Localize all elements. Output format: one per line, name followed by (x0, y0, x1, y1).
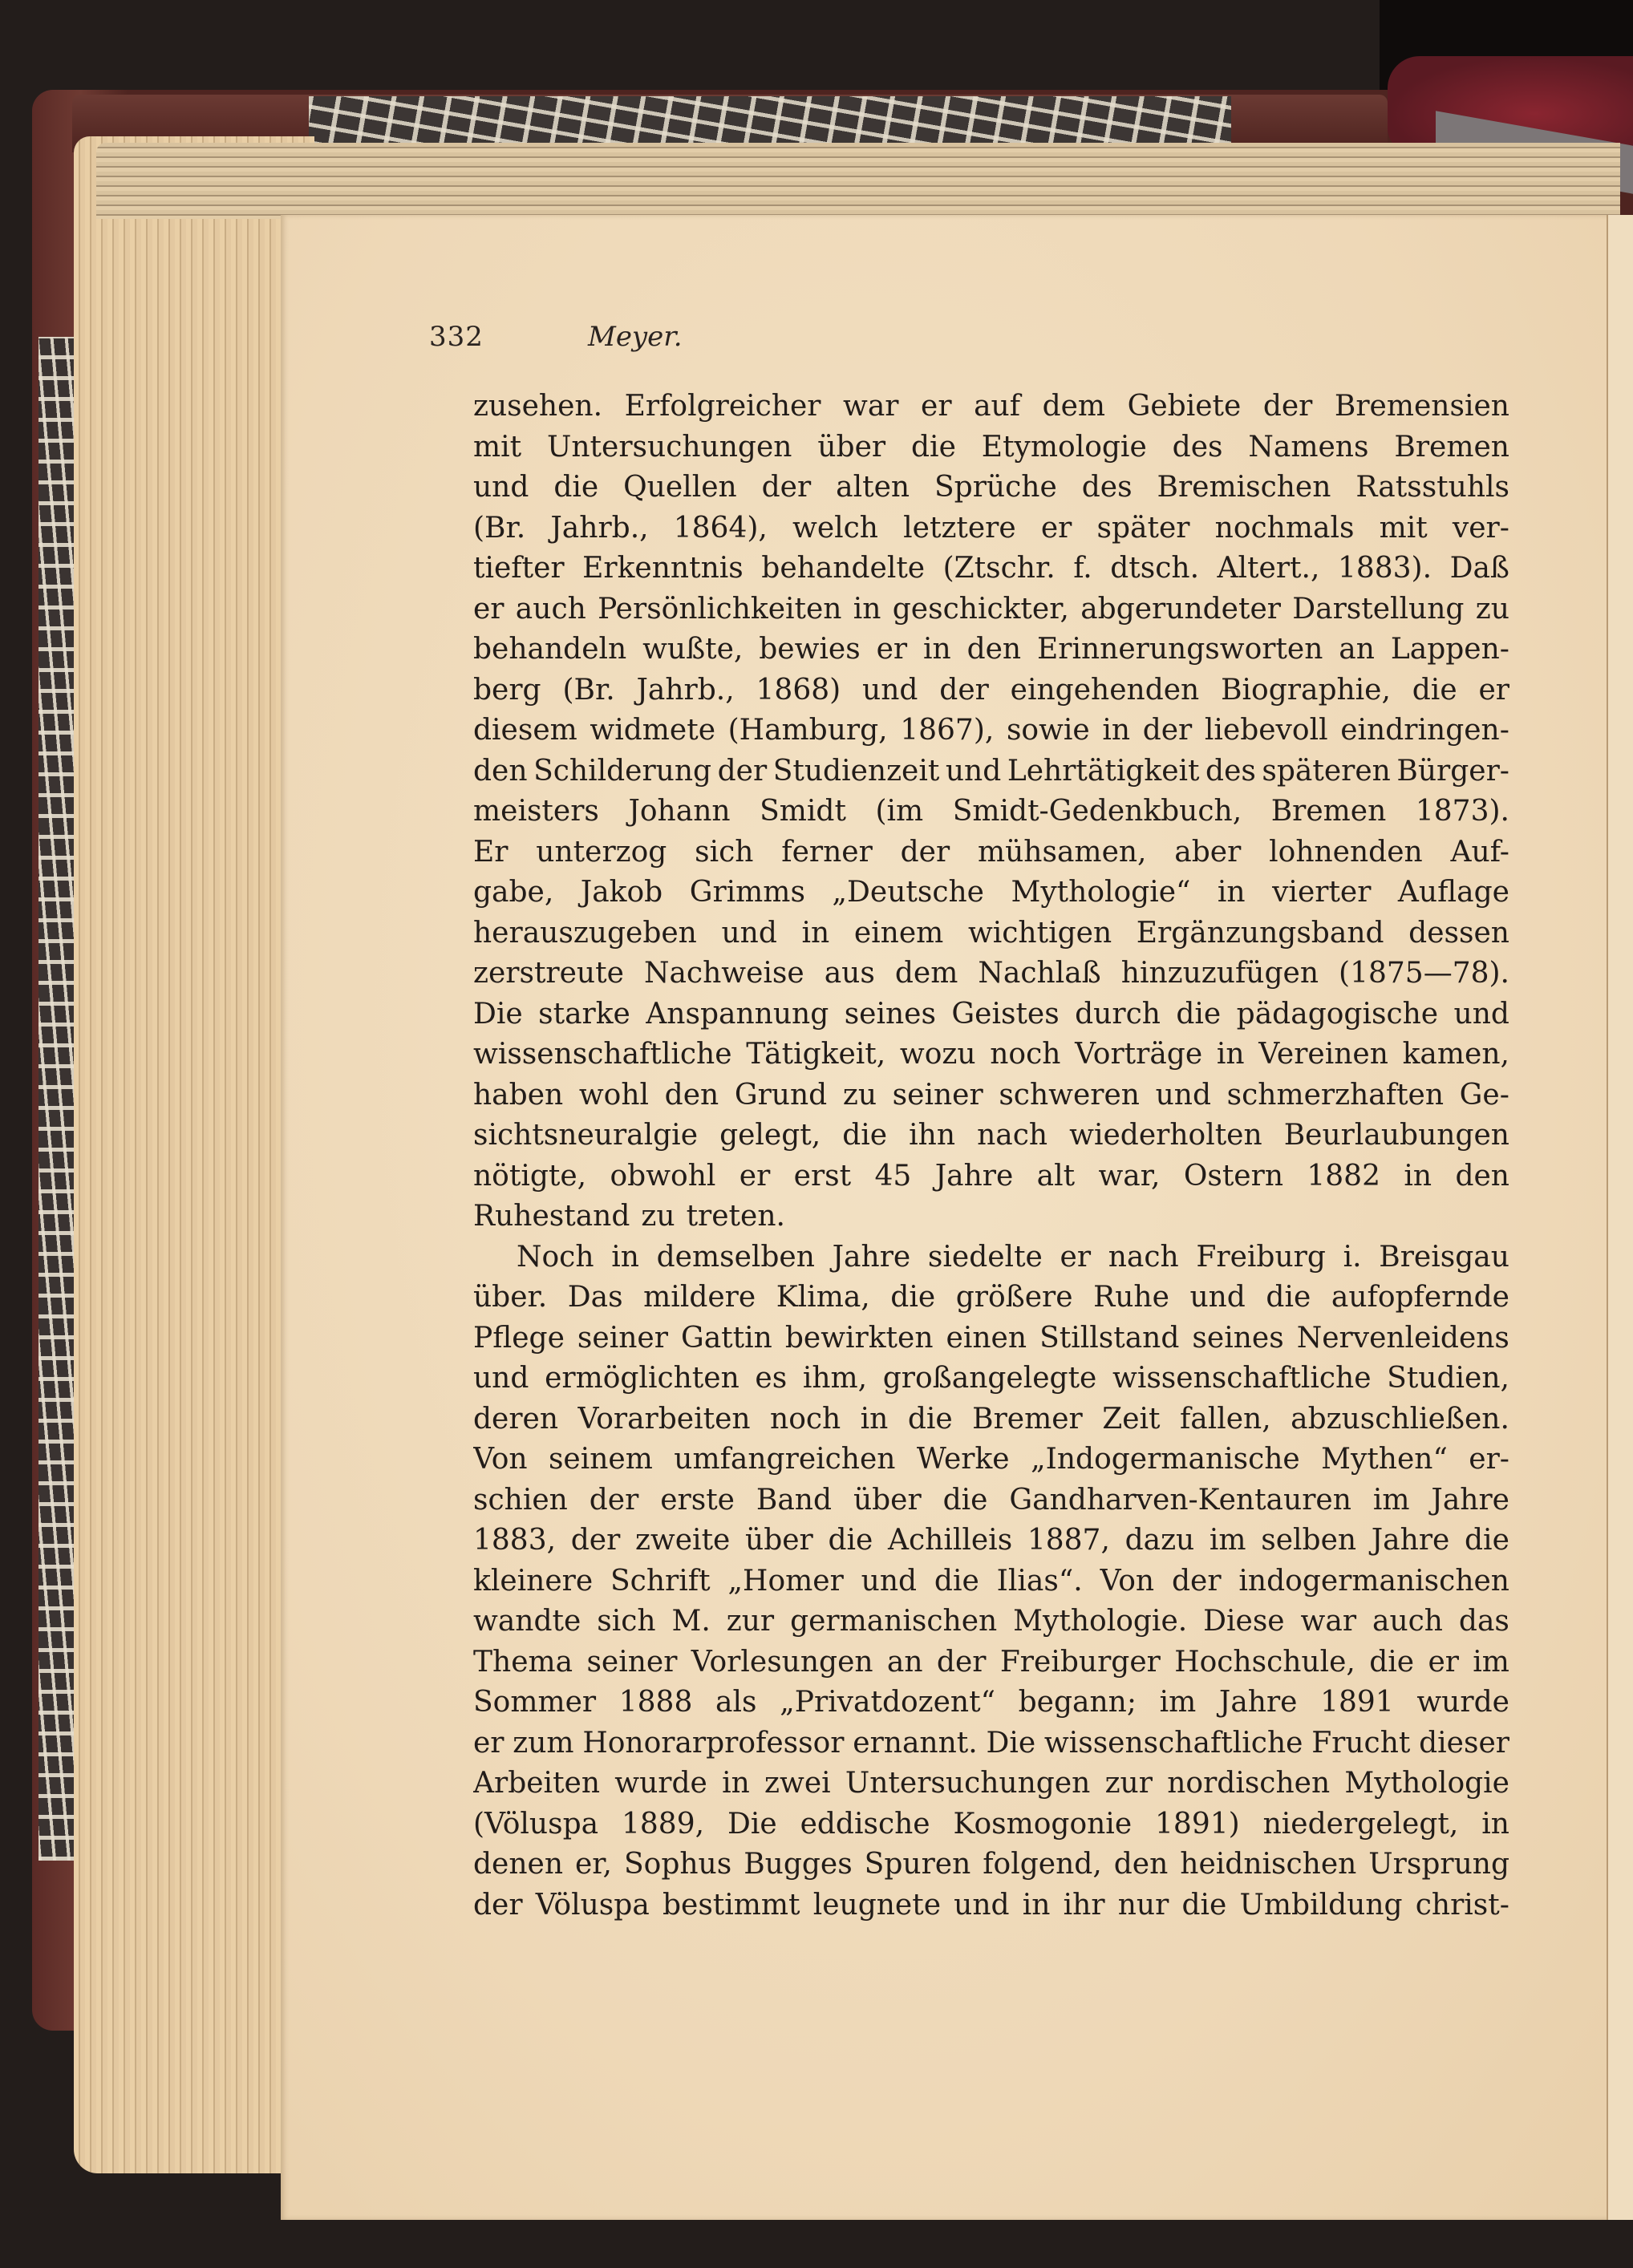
word: bewirkten (785, 1318, 934, 1359)
word: M. (672, 1602, 711, 1642)
word: Mythologie (1344, 1764, 1509, 1804)
word: wurde (614, 1764, 707, 1804)
word: in (1218, 873, 1246, 913)
word: die (1176, 994, 1221, 1035)
word: abzuschließen. (1291, 1399, 1509, 1440)
word: Stillstand (1039, 1318, 1179, 1359)
word: diesem (473, 711, 577, 751)
word: eingehenden (1011, 670, 1200, 711)
word: 1867), (900, 711, 994, 751)
text-line: Erunterzogsichfernerdermühsamen,aberlohn… (473, 832, 1509, 873)
word: geschickter, (893, 589, 1069, 630)
word: späteren (1262, 751, 1390, 792)
word: der (939, 670, 989, 711)
word: niedergelegt, (1263, 1804, 1459, 1845)
word: wußte, (642, 630, 743, 670)
word: Gandharven-Kentauren (1009, 1480, 1351, 1521)
word: Band (756, 1480, 832, 1521)
word: die (553, 468, 598, 508)
word: f. (1073, 549, 1092, 589)
word: zusehen. (473, 387, 602, 427)
word: Mythen“ (1321, 1440, 1448, 1480)
word: noch (990, 1035, 1060, 1075)
word: in (1102, 711, 1130, 751)
word: Jahrb., (550, 508, 648, 549)
word: an (1339, 630, 1375, 670)
word: 1883, (473, 1521, 556, 1561)
word: obwohl (610, 1156, 715, 1197)
word: auch (1372, 1602, 1443, 1642)
word: und (862, 670, 918, 711)
word: er (473, 1723, 504, 1764)
word: Vorlesungen (691, 1642, 873, 1683)
word: und (861, 1561, 917, 1602)
text-line: wissenschaftlicheTätigkeit,wozunochVortr… (473, 1035, 1509, 1075)
text-line: erzumHonorarprofessorernannt.Diewissensc… (473, 1723, 1509, 1764)
word: die (1465, 1521, 1509, 1561)
word: Jahre (1219, 1683, 1298, 1723)
word: Grund (735, 1075, 827, 1116)
word: Altert., (1218, 549, 1320, 589)
word: und (946, 751, 1001, 792)
word: Sophus (624, 1845, 731, 1885)
word: behandelte (761, 549, 925, 589)
word: Lehrtätigkeit (1007, 751, 1200, 792)
word: welch (792, 508, 878, 549)
word: wissenschaftliche (1044, 1723, 1303, 1764)
word: seines (845, 994, 936, 1035)
text-line: (Br.Jahrb.,1864),welchletztereerspäterno… (473, 508, 1509, 549)
text-line: NochindemselbenJahresiedelteernachFreibu… (473, 1237, 1509, 1278)
word: Auflage (1398, 873, 1509, 913)
word: (1875—78). (1339, 954, 1509, 994)
word: Geistes (951, 994, 1059, 1035)
word: 1883). (1338, 549, 1432, 589)
word: Umbildung (1240, 1885, 1403, 1926)
word: kamen, (1403, 1035, 1509, 1075)
word: über (853, 1480, 922, 1521)
word: mühsamen, (978, 832, 1147, 873)
word: Smidt (760, 792, 846, 832)
word: der (937, 1642, 987, 1683)
text-line: über.DasmildereKlima,diegrößereRuheunddi… (473, 1278, 1509, 1318)
text-line: zerstreuteNachweiseausdemNachlaßhinzuzuf… (473, 954, 1509, 994)
word: zu (1476, 589, 1509, 630)
text-line: derVöluspabestimmtleugneteundinihrnurdie… (473, 1885, 1509, 1926)
word: im (1160, 1683, 1197, 1723)
word: Gebiete (1128, 387, 1242, 427)
word: zur (1105, 1764, 1153, 1804)
word: er (473, 589, 504, 630)
word: demselben (657, 1237, 815, 1278)
word: sich (597, 1602, 655, 1642)
word: Untersuchungen (845, 1764, 1090, 1804)
text-line: gabe,JakobGrimms„DeutscheMythologie“invi… (473, 873, 1509, 913)
running-head: Meyer. (588, 321, 683, 353)
word: nach (1108, 1237, 1179, 1278)
word: Werke (917, 1440, 1010, 1480)
word: Ursprung (1368, 1845, 1509, 1885)
word: „Privatdozent“ (780, 1683, 995, 1723)
word: Darstellung (1292, 589, 1464, 630)
word: 1891) (1155, 1804, 1240, 1845)
word: dtsch. (1110, 549, 1199, 589)
word: meisters (473, 792, 599, 832)
word: Er (473, 832, 509, 873)
word: in (1217, 1035, 1245, 1075)
word: die (911, 427, 956, 468)
text-line: unddieQuellenderaltenSprüchedesBremische… (473, 468, 1509, 508)
word: das (1459, 1602, 1509, 1642)
text-line: habenwohldenGrundzuseinerschwerenundschm… (473, 1075, 1509, 1116)
text-line: kleinereSchrift„HomerunddieIlias“.Vonder… (473, 1561, 1509, 1602)
text-line: VonseinemumfangreichenWerke„Indogermanis… (473, 1440, 1509, 1480)
word: die (908, 1399, 953, 1440)
text-line: mitUntersuchungenüberdieEtymologiedesNam… (473, 427, 1509, 468)
word: der (473, 1885, 523, 1926)
word: über (745, 1521, 813, 1561)
word: zerstreute (473, 954, 624, 994)
word: auf (974, 387, 1020, 427)
word: Die (727, 1804, 777, 1845)
word: eddische (800, 1804, 930, 1845)
word: 1868) (756, 670, 841, 711)
word: Sommer (473, 1683, 596, 1723)
word: war, (1098, 1156, 1160, 1197)
word: ernannt. (853, 1723, 977, 1764)
word: Bürger- (1396, 751, 1509, 792)
text-line: denSchilderungderStudienzeitundLehrtätig… (473, 751, 1509, 792)
word: Biographie, (1221, 670, 1391, 711)
word: zur (727, 1602, 774, 1642)
word: Ergänzungsband (1137, 913, 1384, 954)
word: Breisgau (1379, 1237, 1509, 1278)
word: und (954, 1885, 1009, 1926)
word: Erfolgreicher (625, 387, 821, 427)
text-line: herauszugebenundineinemwichtigenErgänzun… (473, 913, 1509, 954)
text-line: zusehen.ErfolgreicherwareraufdemGebieted… (473, 387, 1509, 427)
word: selben (1261, 1521, 1356, 1561)
word: nur (1118, 1885, 1169, 1926)
body-text: zusehen.ErfolgreicherwareraufdemGebieted… (473, 387, 1509, 1926)
word: Lappen- (1391, 630, 1509, 670)
word: Auf- (1451, 832, 1509, 873)
word: und (1189, 1278, 1245, 1318)
word: Quellen (623, 468, 737, 508)
word: er (740, 1156, 771, 1197)
word: Smidt-Gedenkbuch, (953, 792, 1242, 832)
word: Ostern (1184, 1156, 1283, 1197)
word: der (901, 832, 950, 873)
word: Bremer (972, 1399, 1083, 1440)
word: in (722, 1764, 750, 1804)
word: ermöglichten (545, 1359, 740, 1399)
word: umfangreichen (674, 1440, 895, 1480)
word: wandte (473, 1602, 581, 1642)
word: wissenschaftliche (473, 1035, 732, 1075)
text-line: schienderersteBandüberdieGandharven-Kent… (473, 1480, 1509, 1521)
word: den (1455, 1156, 1509, 1197)
page-stack-top (96, 143, 1620, 219)
word: zu (641, 1197, 675, 1237)
word: er (921, 387, 952, 427)
word: der (1143, 711, 1193, 751)
word: bewies (759, 630, 860, 670)
word: ver- (1453, 508, 1509, 549)
word: aber (1174, 832, 1241, 873)
word: Freiburg (1196, 1237, 1326, 1278)
word: Vorträge (1075, 1035, 1202, 1075)
word: tiefter (473, 549, 565, 589)
text-line: meistersJohannSmidt(imSmidt-Gedenkbuch,B… (473, 792, 1509, 832)
word: die (1266, 1278, 1311, 1318)
word: ihm, (803, 1359, 867, 1399)
word: Völuspa (536, 1885, 650, 1926)
word: Die (473, 994, 523, 1035)
word: großangelegte (883, 1359, 1097, 1399)
word: seiner (586, 1642, 677, 1683)
word: die (1369, 1642, 1414, 1683)
word: nötigte, (473, 1156, 586, 1197)
word: und (1454, 994, 1509, 1035)
word: nach (977, 1116, 1047, 1156)
word: zweite (635, 1521, 730, 1561)
page-header: 332 Meyer. (0, 321, 1633, 361)
text-line: denener,SophusBuggesSpurenfolgend,denhei… (473, 1845, 1509, 1885)
word: begann; (1019, 1683, 1137, 1723)
word: Mythologie. (1013, 1602, 1187, 1642)
word: ferner (781, 832, 873, 873)
word: 1891 (1320, 1683, 1394, 1723)
page-number: 332 (429, 321, 484, 353)
word: denen (473, 1845, 563, 1885)
word: 1888 (619, 1683, 693, 1723)
word: Vorarbeiten (578, 1399, 751, 1440)
word: nordischen (1167, 1764, 1330, 1804)
word: Achilleis (888, 1521, 1012, 1561)
word: Tätigkeit, (746, 1035, 885, 1075)
word: Jahre (833, 1237, 911, 1278)
word: Jahre (1372, 1521, 1450, 1561)
word: Nachweise (644, 954, 804, 994)
word: Beurlaubungen (1284, 1116, 1509, 1156)
word: der (718, 751, 768, 792)
word: den (1114, 1845, 1169, 1885)
word: Gattin (681, 1318, 772, 1359)
word: 1873). (1416, 792, 1509, 832)
word: an (887, 1642, 923, 1683)
text-line: berg(Br.Jahrb.,1868)unddereingehendenBio… (473, 670, 1509, 711)
word: Johann (628, 792, 730, 832)
text-line: ArbeitenwurdeinzweiUntersuchungenzurnord… (473, 1764, 1509, 1804)
word: die (1412, 670, 1457, 711)
word: Ruhestand (473, 1197, 630, 1237)
word: haben (473, 1075, 563, 1116)
word: Von (1100, 1561, 1155, 1602)
word: und (721, 913, 776, 954)
word: dem (1043, 387, 1106, 427)
word: wurde (1416, 1683, 1509, 1723)
word: Noch (517, 1237, 594, 1278)
word: in (1481, 1804, 1509, 1845)
word: Schilderung (533, 751, 711, 792)
word: auch (516, 589, 586, 630)
word: Von (473, 1440, 528, 1480)
word: Bugges (744, 1845, 853, 1885)
word: Ge- (1460, 1075, 1509, 1116)
word: mit (1380, 508, 1428, 549)
word: Namens (1248, 427, 1368, 468)
word: in (853, 589, 881, 630)
word: fallen, (1180, 1399, 1271, 1440)
word: und (473, 1359, 529, 1399)
word: „Deutsche (832, 873, 984, 913)
word: Freiburger (1000, 1642, 1161, 1683)
word: in (611, 1237, 639, 1278)
word: Hochschule, (1174, 1642, 1355, 1683)
word: in (861, 1399, 889, 1440)
word: Nachlaß (978, 954, 1100, 994)
word: Das (568, 1278, 623, 1318)
word: indogermanischen (1238, 1561, 1509, 1602)
word: der (1172, 1561, 1222, 1602)
word: sowie (1007, 711, 1090, 751)
word: sich (695, 832, 753, 873)
word: zwei (764, 1764, 831, 1804)
text-line: tiefterErkenntnisbehandelte(Ztschr.f.dts… (473, 549, 1509, 589)
word: bestimmt (663, 1885, 800, 1926)
word: mildere (643, 1278, 756, 1318)
word: des (1206, 751, 1256, 792)
word: Jahre (935, 1156, 1014, 1197)
word: (Hamburg, (728, 711, 888, 751)
word: behandeln (473, 630, 626, 670)
word: seiner (893, 1075, 983, 1116)
word: deren (473, 1399, 558, 1440)
word: 1882 (1307, 1156, 1380, 1197)
word: Arbeiten (473, 1764, 600, 1804)
text-line: undermöglichtenesihm,großangelegtewissen… (473, 1359, 1509, 1399)
word: gelegt, (719, 1116, 821, 1156)
word: Kosmogonie (954, 1804, 1133, 1845)
word: Zeit (1102, 1399, 1160, 1440)
word: mit (473, 427, 521, 468)
word: wozu (900, 1035, 976, 1075)
word: wiederholten (1069, 1116, 1262, 1156)
word: (Br. (562, 670, 614, 711)
word: es (755, 1359, 787, 1399)
word: in (923, 630, 951, 670)
word: wohl (579, 1075, 649, 1116)
word: liebevoll (1205, 711, 1328, 751)
text-line: sichtsneuralgiegelegt,dieihnnachwiederho… (473, 1116, 1509, 1156)
marbled-endpaper-strip (309, 96, 1231, 144)
word: war (843, 387, 899, 427)
word: „Homer (727, 1561, 843, 1602)
word: i. (1343, 1237, 1362, 1278)
word: seines (1192, 1318, 1283, 1359)
word: sichtsneuralgie (473, 1116, 698, 1156)
word: der (571, 1521, 621, 1561)
word: er (1428, 1642, 1459, 1683)
word: größere (956, 1278, 1073, 1318)
page-fold-edge (1607, 215, 1633, 2220)
word: die (1182, 1885, 1227, 1926)
text-line: PflegeseinerGattinbewirkteneinenStillsta… (473, 1318, 1509, 1359)
word: abgerundeter (1080, 589, 1281, 630)
word: Ruhe (1093, 1278, 1169, 1318)
word: seiner (577, 1318, 668, 1359)
word: später (1097, 508, 1190, 549)
text-line: nötigte,obwohlererst45Jahrealtwar,Ostern… (473, 1156, 1509, 1197)
word: und (473, 468, 529, 508)
word: aufopfernde (1331, 1278, 1509, 1318)
word: berg (473, 670, 541, 711)
word: Vereinen (1258, 1035, 1388, 1075)
text-line: diesemwidmete(Hamburg,1867),sowieinderli… (473, 711, 1509, 751)
word: über. (473, 1278, 547, 1318)
word: nochmals (1215, 508, 1355, 549)
text-line: ThemaseinerVorlesungenanderFreiburgerHoc… (473, 1642, 1509, 1683)
word: erste (660, 1480, 735, 1521)
word: widmete (590, 711, 715, 751)
word: er (1478, 670, 1509, 711)
word: er, (575, 1845, 612, 1885)
marbled-spine-edge (38, 337, 79, 1861)
word: Mythologie“ (1011, 873, 1190, 913)
word: und (1156, 1075, 1211, 1116)
word: die (890, 1278, 935, 1318)
word: 1864), (674, 508, 768, 549)
word: im (1210, 1521, 1246, 1561)
word: 1889, (622, 1804, 704, 1845)
word: wichtigen (968, 913, 1112, 954)
word: Jakob (581, 873, 663, 913)
word: schmerzhaften (1227, 1075, 1444, 1116)
word: der (762, 468, 812, 508)
word: 1887, (1027, 1521, 1110, 1561)
word: „Indogermanische (1031, 1440, 1300, 1480)
word: Ilias“. (997, 1561, 1083, 1602)
word: Bremensien (1335, 387, 1509, 427)
word: er (1041, 508, 1072, 549)
word: Bremen (1271, 792, 1387, 832)
word: folgend, (983, 1845, 1102, 1885)
word: ihn (909, 1116, 955, 1156)
word: Anspannung (646, 994, 829, 1035)
word: den (967, 630, 1022, 670)
word: die (934, 1561, 979, 1602)
word: er (1060, 1237, 1092, 1278)
word: christ- (1416, 1885, 1509, 1926)
text-line: DiestarkeAnspannungseinesGeistesdurchdie… (473, 994, 1509, 1035)
text-line: derenVorarbeitennochindieBremerZeitfalle… (473, 1399, 1509, 1440)
word: Daß (1450, 549, 1509, 589)
word: schien (473, 1480, 568, 1521)
word: Nervenleidens (1297, 1318, 1509, 1359)
word: germanischen (790, 1602, 997, 1642)
word: der (1263, 387, 1313, 427)
word: aus (825, 954, 875, 994)
text-line: (Völuspa1889,DieeddischeKosmogonie1891)n… (473, 1804, 1509, 1845)
word: Klima, (776, 1278, 870, 1318)
text-line: Sommer1888als„Privatdozent“begann;imJahr… (473, 1683, 1509, 1723)
word: dem (895, 954, 958, 994)
word: war (1301, 1602, 1357, 1642)
word: gabe, (473, 873, 553, 913)
word: Ratsstuhls (1355, 468, 1509, 508)
word: einen (946, 1318, 1027, 1359)
